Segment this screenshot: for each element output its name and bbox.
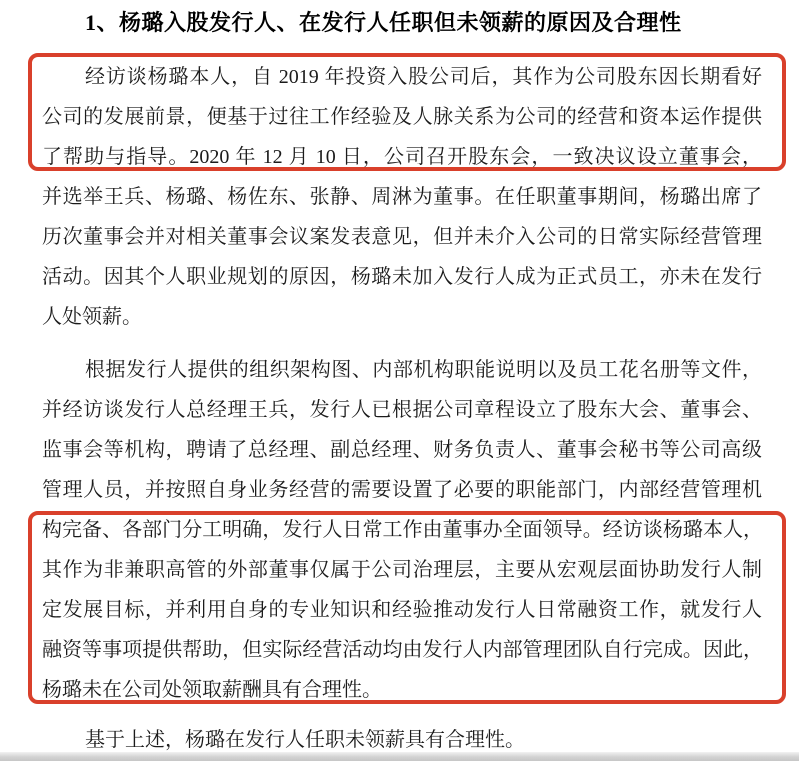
page-bottom-edge <box>0 752 799 761</box>
paragraph-1: 经访谈杨璐本人，自 2019 年投资入股公司后，其作为公司股东因长期看好 公司的… <box>42 57 762 337</box>
text-line: 了帮助与指导。2020 年 12 月 10 日，公司召开股东会，一致决议设立董事… <box>42 137 762 177</box>
text-line: 活动。因其个人职业规划的原因，杨璐未加入发行人成为正式员工，亦未在发行 <box>42 257 762 297</box>
text-line: 根据发行人提供的组织架构图、内部机构职能说明以及员工花名册等文件， <box>42 350 762 390</box>
text-line: 融资等事项提供帮助，但实际经营活动均由发行人内部管理团队自行完成。因此， <box>42 630 762 670</box>
text-line: 其作为非兼职高管的外部董事仅属于公司治理层，主要从宏观层面协助发行人制 <box>42 550 762 590</box>
text-line: 管理人员，并按照自身业务经营的需要设置了必要的职能部门，内部经营管理机 <box>42 470 762 510</box>
text-line: 监事会等机构，聘请了总经理、副总经理、财务负责人、董事会秘书等公司高级 <box>42 430 762 470</box>
text-line: 并经访谈发行人总经理王兵，发行人已根据公司章程设立了股东大会、董事会、 <box>42 390 762 430</box>
text-line: 杨璐未在公司处领取薪酬具有合理性。 <box>42 670 762 710</box>
text-line: 定发展目标，并利用自身的专业知识和经验推动发行人日常融资工作，就发行人 <box>42 590 762 630</box>
section-heading: 1、杨璐入股发行人、在发行人任职但未领薪的原因及合理性 <box>85 8 785 38</box>
text-line: 构完备、各部门分工明确，发行人日常工作由董事办全面领导。经访谈杨璐本人， <box>42 510 762 550</box>
text-line: 公司的发展前景，便基于过往工作经验及人脉关系为公司的经营和资本运作提供 <box>42 97 762 137</box>
text-line: 并选举王兵、杨璐、杨佐东、张静、周淋为董事。在任职董事期间，杨璐出席了 <box>42 177 762 217</box>
paragraph-2: 根据发行人提供的组织架构图、内部机构职能说明以及员工花名册等文件， 并经访谈发行… <box>42 350 762 710</box>
text-line: 人处领薪。 <box>42 297 762 337</box>
text-line: 历次董事会并对相关董事会议案发表意见，但并未介入公司的日常实际经营管理 <box>42 217 762 257</box>
document-page: 1、杨璐入股发行人、在发行人任职但未领薪的原因及合理性 经访谈杨璐本人，自 20… <box>0 0 799 761</box>
text-line: 经访谈杨璐本人，自 2019 年投资入股公司后，其作为公司股东因长期看好 <box>42 57 762 97</box>
